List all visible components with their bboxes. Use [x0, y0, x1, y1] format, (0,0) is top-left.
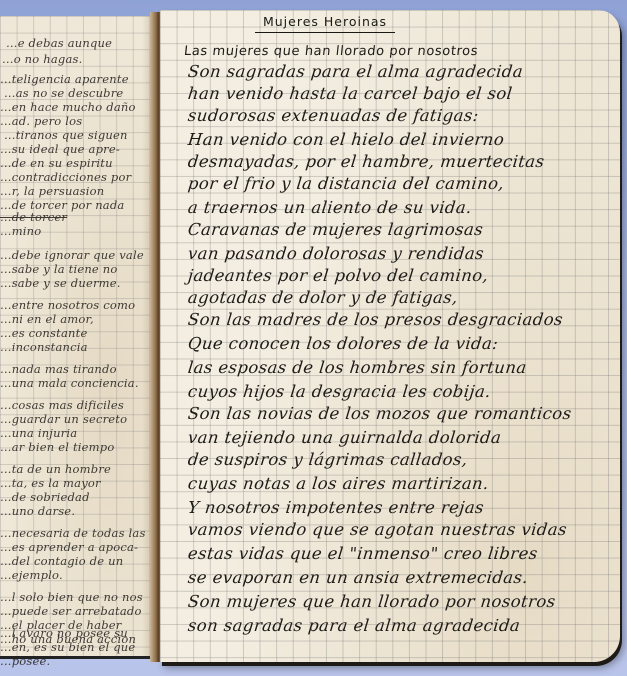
left-line: …inconstancia — [0, 340, 88, 354]
left-line: …del contagio de un — [0, 554, 123, 568]
left-line-struck: …de torcer — [0, 210, 67, 224]
poem-line: vamos viendo que se agotan nuestras vida… — [187, 520, 568, 539]
poem-line: Las mujeres que han llorado por nosotros — [183, 44, 479, 59]
left-line: …el placer de haber — [0, 618, 121, 632]
left-line: …ejemplo. — [0, 568, 63, 582]
poem-line: las esposas de los hombres sin fortuna — [187, 358, 528, 377]
poem-line: se evaporan en un ansia extremecidas. — [187, 568, 529, 587]
poem-line: Y nosotros impotentes entre rejas — [187, 498, 485, 517]
left-line: …teligencia aparente — [0, 72, 129, 86]
left-page: …e debas aunque …o no hagas. …teligencia… — [0, 16, 158, 659]
poem-line: Son las novias de los mozos que romantic… — [187, 404, 573, 423]
left-line: …ho una buena accion — [0, 632, 136, 646]
poem-line: Son mujeres que han llorado por nosotros — [187, 592, 557, 611]
poem-line: agotadas de dolor y de fatigas, — [187, 288, 459, 307]
left-line: …o no hagas. — [2, 52, 83, 66]
left-line: …puede ser arrebatado — [0, 604, 142, 618]
poem-line: Son sagradas para el alma agradecida — [187, 62, 524, 81]
left-line: …ar bien el tiempo — [0, 440, 114, 454]
poem-line: de suspiros y lágrimas callados, — [187, 450, 469, 469]
poem-line: son sagradas para el alma agradecida — [187, 616, 521, 635]
left-line: …debe ignorar que vale — [0, 248, 144, 262]
left-line: …cosas mas dificiles — [0, 398, 124, 412]
poem-line: Han venido con el hielo del invierno — [187, 130, 505, 149]
left-line: …su ideal que apre- — [0, 142, 120, 156]
poem-line: jadeantes por el polvo del camino, — [187, 266, 489, 285]
poem-line: estas vidas que el "inmenso" creo libres — [187, 544, 539, 563]
left-line: …r, la persuasion — [0, 184, 104, 198]
left-line: …necesaria de todas las — [0, 526, 146, 540]
poem-line: cuyas notas a los aires martirizan. — [187, 474, 490, 493]
left-line: …una mala conciencia. — [0, 376, 139, 390]
left-line: …l solo bien que no nos — [0, 590, 143, 604]
poem-line: Que conocen los dolores de la vida: — [187, 334, 499, 353]
notebook-photo: …e debas aunque …o no hagas. …teligencia… — [0, 0, 627, 676]
left-line: …ad. pero los — [0, 114, 82, 128]
poem-line: van pasando dolorosas y rendidas — [187, 244, 485, 263]
left-line: …contradicciones por — [0, 170, 131, 184]
poem-line: Caravanas de mujeres lagrimosas — [187, 220, 484, 239]
left-line: …entre nosotros como — [0, 298, 135, 312]
left-line: …en hace mucho daño — [0, 100, 136, 114]
poem-line: por el frio y la distancia del camino, — [187, 174, 505, 193]
left-line: …sabe y la tiene no — [0, 262, 118, 276]
left-line: …ta de un hombre — [0, 462, 111, 476]
poem-line: han venido hasta la carcel bajo el sol — [187, 84, 513, 103]
left-line: …tiranos que siguen — [4, 128, 128, 142]
left-line: …es aprender a apoca- — [0, 540, 138, 554]
left-line: …as no se descubre — [4, 86, 123, 100]
left-line: …e debas aunque — [6, 36, 112, 50]
left-line: …mino — [0, 224, 41, 238]
poem-line: a traernos un aliento de su vida. — [187, 198, 473, 217]
left-line: …uno darse. — [0, 504, 75, 518]
left-line: …una injuria — [0, 426, 77, 440]
poem-line: desmayadas, por el hambre, muertecitas — [187, 152, 545, 171]
poem-title: Mujeres Heroinas — [255, 14, 395, 33]
left-line: …ni en el amor, — [0, 312, 94, 326]
left-line: …ta, es la mayor — [0, 476, 101, 490]
left-line: …de en su espiritu — [0, 156, 113, 170]
poem-line: sudorosas extenuadas de fatigas: — [187, 106, 480, 125]
left-line: …nada mas tirando — [0, 362, 117, 376]
left-line: …guardar un secreto — [0, 412, 127, 426]
left-line: …de sobriedad — [0, 490, 90, 504]
poem-line: Son las madres de los presos desgraciado… — [187, 310, 564, 329]
left-line: …sabe y se duerme. — [0, 276, 121, 290]
poem-line: cuyos hijos la desgracia les cobija. — [187, 382, 492, 401]
poem-line: van tejiendo una guirnalda dolorida — [187, 428, 502, 447]
left-line: …es constante — [0, 326, 87, 340]
right-page: Mujeres Heroinas Las mujeres que han llo… — [160, 10, 620, 662]
